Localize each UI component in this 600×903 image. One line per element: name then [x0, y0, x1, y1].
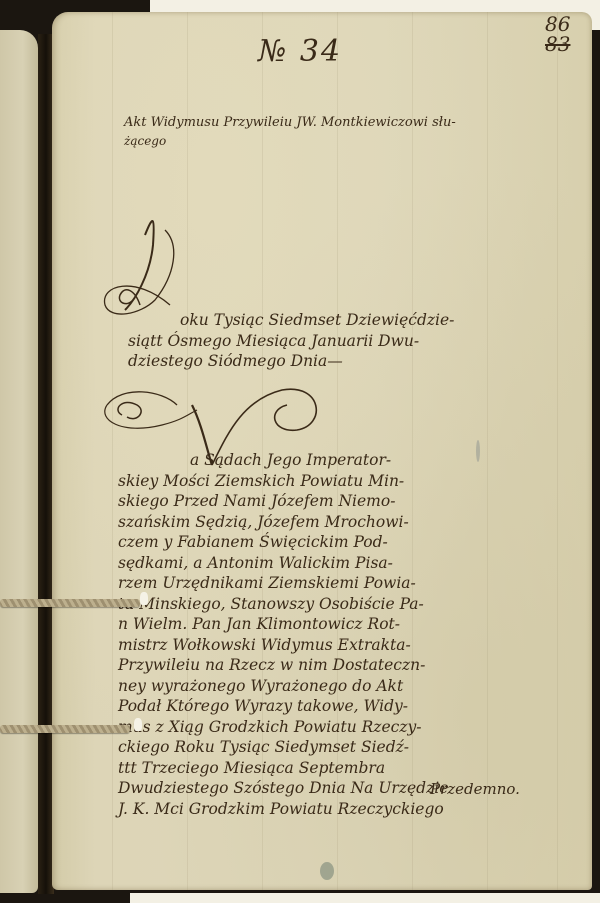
binding-cord-upper — [0, 599, 140, 607]
binding-hole-lower — [134, 718, 142, 731]
text-line: sędkami, a Antonim Walickim Pisa- — [118, 553, 578, 574]
text-line: mus z Xiąg Grodzkich Powiatu Rzeczy- — [118, 717, 578, 738]
main-paragraph: a Sądach Jego Imperator- skiey Mości Zie… — [118, 450, 578, 819]
text-line: skiey Mości Ziemskich Powiatu Min- — [118, 471, 578, 492]
text-line: Przywileiu na Rzecz w nim Dostateczn- — [118, 655, 578, 676]
text-line: n Wielm. Pan Jan Klimontowicz Rot- — [118, 614, 578, 635]
closing-signature: Przedemno. — [430, 780, 520, 798]
scan-background-bottom — [130, 893, 600, 903]
text-line: a Sądach Jego Imperator- — [118, 450, 578, 471]
date-paragraph: oku Tysiąc Siedmset Dziewięćdzie- siątt … — [128, 310, 568, 372]
text-line: ney wyrażonego Wyrażonego do Akt — [118, 676, 578, 697]
text-line: czem y Fabianem Święcickim Pod- — [118, 532, 578, 553]
text-line: siątt Ósmego Miesiąca Januarii Dwu- — [128, 331, 568, 352]
entry-number: № 34 — [258, 34, 342, 69]
text-line: skiego Przed Nami Józefem Niemo- — [118, 491, 578, 512]
facing-page-left — [0, 30, 38, 893]
text-line: dziestego Siódmego Dnia— — [128, 351, 568, 372]
ink-stain — [320, 862, 334, 880]
text-line: oku Tysiąc Siedmset Dziewięćdzie- — [128, 310, 568, 331]
text-line: tu Minskiego, Stanowszy Osobiście Pa- — [118, 594, 578, 615]
text-line: szańskim Sędzią, Józefem Mrochowi- — [118, 512, 578, 533]
text-line: Podał Którego Wyrazy takowe, Widy- — [118, 696, 578, 717]
text-line: ckiego Roku Tysiąc Siedymset Siedź- — [118, 737, 578, 758]
entry-title: Akt Widymusu Przywileiu JW. Montkiewiczo… — [124, 115, 456, 130]
text-line: ttt Trzeciego Miesiąca Septembra — [118, 758, 578, 779]
binding-cord-lower — [0, 725, 130, 733]
binding-hole-upper — [140, 592, 148, 605]
entry-title-continued: żącego — [124, 134, 166, 148]
text-line: rzem Urzędnikami Ziemskiemi Powia- — [118, 573, 578, 594]
folio-struck-out: 83 — [545, 34, 570, 54]
folio-number: 86 83 — [545, 14, 570, 54]
text-line: mistrz Wołkowski Widymus Extrakta- — [118, 635, 578, 656]
text-line: J. K. Mci Grodzkim Powiatu Rzeczyckiego — [118, 799, 578, 820]
